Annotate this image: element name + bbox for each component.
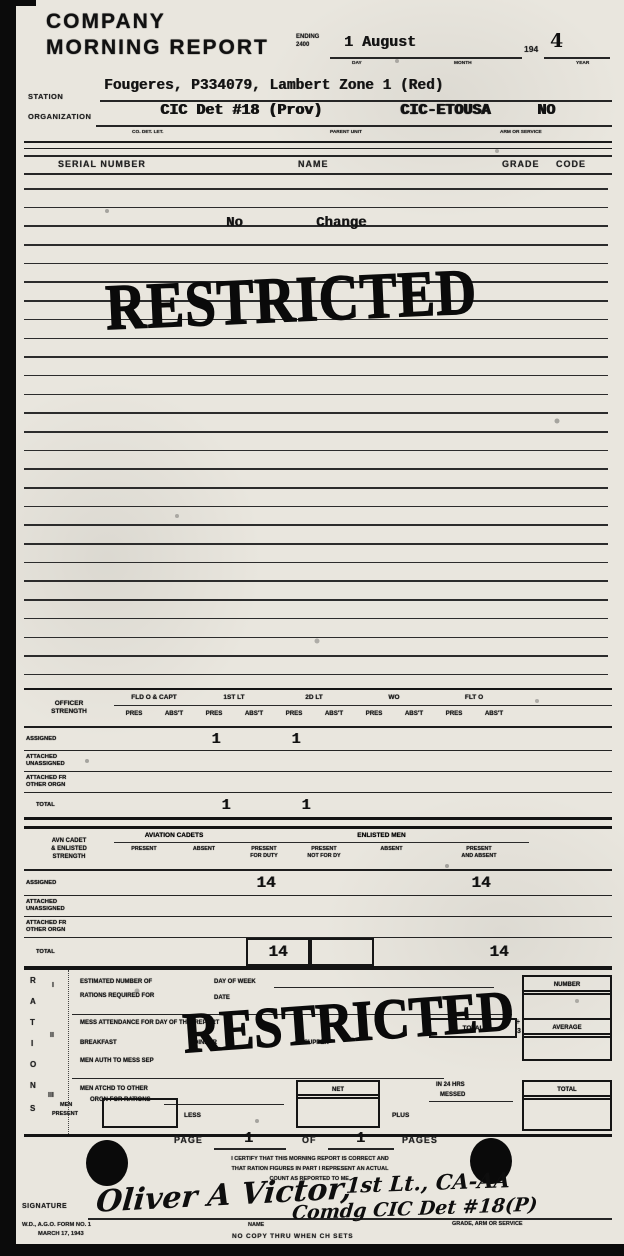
ruled-line bbox=[24, 524, 608, 526]
ruled-line bbox=[24, 655, 608, 657]
col-enlisted-absent: ABSENT bbox=[354, 843, 429, 869]
divide-number: 3 bbox=[517, 1028, 521, 1035]
rations-letter-a: A bbox=[30, 997, 36, 1006]
scan-corner-blob bbox=[16, 0, 36, 6]
enlisted-row-assigned: ASSIGNED 14 14 bbox=[24, 871, 612, 896]
station-value: Fougeres, P334079, Lambert Zone 1 (Red) bbox=[104, 78, 443, 94]
form-title-line1: COMPANY bbox=[46, 10, 166, 34]
org-sub-label-parent: PARENT UNIT bbox=[330, 130, 362, 135]
less-label: LESS bbox=[184, 1112, 201, 1119]
enlisted-row-attached-unassigned: ATTACHEDUNASSIGNED bbox=[24, 896, 612, 917]
page-value: 1 bbox=[244, 1130, 253, 1147]
enlisted-subheader-row: PRESENT ABSENT PRESENTFOR DUTY PRESENTNO… bbox=[114, 843, 612, 869]
form-date: MARCH 17, 1943 bbox=[38, 1231, 84, 1237]
paper: COMPANY MORNING REPORT ENDING 2400 1 Aug… bbox=[16, 0, 624, 1244]
org-sub-label-co: CO. DET. LET. bbox=[132, 130, 163, 135]
men-present-label-line2: PRESENT bbox=[52, 1111, 78, 1117]
scanned-morning-report-page: COMPANY MORNING REPORT ENDING 2400 1 Aug… bbox=[0, 0, 624, 1256]
officer-table-header: OFFICERSTRENGTH FLD O & CAPT 1ST LT 2D L… bbox=[24, 688, 612, 728]
date-underline bbox=[330, 57, 522, 59]
enlisted-total-present-not-box bbox=[310, 938, 374, 966]
organization-parent-value: CIC-ETOUSA bbox=[400, 102, 490, 119]
year-underline bbox=[544, 57, 610, 59]
double-rule bbox=[24, 141, 612, 149]
group-2d-lt: 2D LT bbox=[274, 690, 354, 705]
col-present-for-duty: PRESENTFOR DUTY bbox=[234, 843, 294, 869]
ruled-line bbox=[24, 207, 608, 209]
officer-strength-table: OFFICERSTRENGTH FLD O & CAPT 1ST LT 2D L… bbox=[24, 688, 612, 820]
enlisted-row-attached-from-other: ATTACHED FROTHER ORGN bbox=[24, 917, 612, 938]
serial-number-header: SERIAL NUMBER bbox=[58, 159, 146, 169]
ruled-line bbox=[24, 412, 608, 414]
org-sub-label-arm: ARM OR SERVICE bbox=[500, 130, 542, 135]
enlisted-table-header: AVN CADET& ENLISTEDSTRENGTH AVIATION CAD… bbox=[24, 826, 612, 871]
group-wo: WO bbox=[354, 690, 434, 705]
month-label: MONTH bbox=[454, 61, 472, 66]
rations-letter-s: S bbox=[30, 1104, 35, 1113]
ruled-line bbox=[24, 188, 608, 190]
ending-hour-label: 2400 bbox=[296, 42, 309, 48]
year-value-handwritten: 4 bbox=[550, 30, 563, 52]
col-present-not-for-duty: PRESENTNOT FOR DY bbox=[294, 843, 354, 869]
ending-label: ENDING bbox=[296, 34, 319, 40]
net-box-value bbox=[296, 1094, 380, 1128]
men-present-box bbox=[102, 1098, 178, 1128]
officer-row-attached-from-other: ATTACHED FROTHER ORGN bbox=[24, 772, 612, 793]
report-date-value: 1 August bbox=[344, 34, 416, 51]
page-label: PAGE bbox=[174, 1135, 203, 1145]
roster-rule-bottom bbox=[24, 173, 612, 175]
organization-label: ORGANIZATION bbox=[28, 112, 91, 121]
of-label: OF bbox=[302, 1135, 317, 1145]
pages-value: 1 bbox=[356, 1130, 365, 1147]
punch-hole-left bbox=[86, 1140, 128, 1186]
year-label: YEAR bbox=[576, 61, 589, 66]
ruled-line bbox=[24, 506, 608, 508]
roster-rule-top bbox=[24, 155, 612, 157]
form-number: W.D., A.G.O. FORM NO. 1 bbox=[22, 1222, 91, 1228]
enlisted-groups-row: AVIATION CADETS ENLISTED MEN bbox=[114, 829, 612, 843]
enlisted-assigned-present-for-duty: 14 bbox=[236, 874, 296, 892]
col-cadets-absent: ABSENT bbox=[174, 843, 234, 869]
messed-label: MESSED bbox=[440, 1092, 465, 1098]
ruled-line bbox=[24, 394, 608, 396]
year-prefix: 194 bbox=[524, 44, 538, 54]
group-flt-o: FLT O bbox=[434, 690, 514, 705]
rations-letter-t: T bbox=[30, 1018, 35, 1027]
roster-entry-no-change: No Change bbox=[226, 215, 366, 231]
men-auth-mess-label: MEN AUTH TO MESS SEP bbox=[80, 1058, 154, 1064]
day-of-week-label: DAY OF WEEK bbox=[214, 979, 256, 985]
ruled-line bbox=[24, 431, 608, 433]
ruled-line bbox=[24, 618, 608, 620]
officer-pres-abst-row: PRESABS'T PRESABS'T PRESABS'T PRESABS'T … bbox=[114, 706, 612, 726]
bottom-note: NO COPY THRU WHEN CH SETS bbox=[232, 1233, 353, 1240]
enlisted-row-total: TOTAL 14 14 bbox=[24, 938, 612, 969]
station-label: STATION bbox=[28, 92, 63, 101]
men-attached-other-line1: MEN ATCHD TO OTHER bbox=[80, 1086, 148, 1092]
messed-underline bbox=[429, 1101, 513, 1102]
ration-numeral-3: III bbox=[48, 1092, 54, 1099]
rations-letter-n: N bbox=[30, 1081, 36, 1090]
officer-row-assigned: ASSIGNED 1 1 bbox=[24, 728, 612, 751]
grade-header: GRADE bbox=[502, 159, 540, 169]
form-title-line2: MORNING REPORT bbox=[46, 36, 269, 60]
rations-letter-o: O bbox=[30, 1060, 36, 1069]
officer-assigned-1st-lt-pres: 1 bbox=[196, 731, 236, 748]
ruled-line bbox=[24, 543, 608, 545]
enlisted-strength-title: AVN CADET& ENLISTEDSTRENGTH bbox=[24, 829, 114, 869]
ruled-line bbox=[24, 375, 608, 377]
ration-numeral-1: I bbox=[52, 982, 54, 989]
scan-edge-left bbox=[0, 0, 16, 1256]
ruled-line bbox=[24, 356, 608, 358]
enlisted-assigned-present-and-absent: 14 bbox=[431, 874, 531, 892]
signature-rank-handwriting: 1st Lt., CA-AA bbox=[345, 1167, 511, 1198]
signature-label: SIGNATURE bbox=[22, 1203, 67, 1210]
number-box-value bbox=[522, 990, 612, 1020]
officer-row-attached-unassigned: ATTACHEDUNASSIGNED bbox=[24, 751, 612, 772]
organization-unit-value: CIC Det #18 (Prov) bbox=[160, 102, 322, 119]
numeral-column: I II III bbox=[44, 970, 69, 1134]
average-box-value bbox=[522, 1033, 612, 1061]
ruled-line bbox=[24, 637, 608, 639]
col-present-and-absent: PRESENTAND ABSENT bbox=[429, 843, 529, 869]
group-fldo-capt: FLD O & CAPT bbox=[114, 690, 194, 705]
ration-numeral-2: II bbox=[50, 1032, 54, 1039]
divide-sign: ÷ bbox=[516, 1019, 520, 1026]
page-underline bbox=[214, 1148, 286, 1150]
code-header: CODE bbox=[556, 159, 586, 169]
in-24-hrs-label: IN 24 HRS bbox=[436, 1082, 465, 1088]
breakfast-label: BREAKFAST bbox=[80, 1040, 117, 1046]
day-label: DAY bbox=[352, 61, 362, 66]
officer-row-total: TOTAL 1 1 bbox=[24, 793, 612, 820]
ruled-line bbox=[24, 468, 608, 470]
ruled-line bbox=[24, 244, 608, 246]
name-field-label: NAME bbox=[248, 1222, 264, 1228]
men-present-label-line1: MEN bbox=[60, 1102, 72, 1108]
officer-strength-title: OFFICERSTRENGTH bbox=[24, 690, 114, 726]
enlisted-strength-table: AVN CADET& ENLISTEDSTRENGTH AVIATION CAD… bbox=[24, 826, 612, 969]
ruled-line bbox=[24, 674, 608, 676]
group-enlisted-men: ENLISTED MEN bbox=[234, 829, 529, 843]
row3-underline bbox=[164, 1104, 284, 1105]
rations-total-box-value bbox=[522, 1095, 612, 1131]
group-aviation-cadets: AVIATION CADETS bbox=[114, 829, 234, 843]
organization-arm-value: NO bbox=[537, 102, 555, 119]
ruled-line bbox=[24, 580, 608, 582]
group-1st-lt: 1ST LT bbox=[194, 690, 274, 705]
officer-assigned-2d-lt-pres: 1 bbox=[276, 731, 316, 748]
enlisted-total-present-and-absent: 14 bbox=[449, 943, 549, 961]
name-header: NAME bbox=[298, 159, 329, 169]
officer-rank-groups: FLD O & CAPT 1ST LT 2D LT WO FLT O bbox=[114, 690, 612, 706]
ruled-line bbox=[24, 450, 608, 452]
estimated-rations-line2: RATIONS REQUIRED FOR bbox=[80, 993, 154, 999]
enlisted-total-present-for-duty: 14 bbox=[246, 938, 310, 966]
ruled-line bbox=[24, 487, 608, 489]
officer-total-2d-lt-pres: 1 bbox=[286, 797, 326, 814]
ruled-line bbox=[24, 562, 608, 564]
plus-label: PLUS bbox=[392, 1112, 409, 1119]
row2-divider bbox=[72, 1078, 444, 1079]
col-cadets-present: PRESENT bbox=[114, 843, 174, 869]
officer-total-1st-lt-pres: 1 bbox=[206, 797, 246, 814]
scan-edge-bottom bbox=[0, 1244, 624, 1256]
pages-label: PAGES bbox=[402, 1135, 438, 1145]
organization-underline bbox=[96, 125, 612, 127]
rations-letter-i: I bbox=[31, 1039, 33, 1048]
rations-letter-r: R bbox=[30, 976, 36, 985]
pages-underline bbox=[328, 1148, 394, 1150]
ruled-line bbox=[24, 599, 608, 601]
grade-arm-service-label: GRADE, ARM OR SERVICE bbox=[452, 1221, 523, 1227]
estimated-rations-line1: ESTIMATED NUMBER OF bbox=[80, 979, 152, 985]
